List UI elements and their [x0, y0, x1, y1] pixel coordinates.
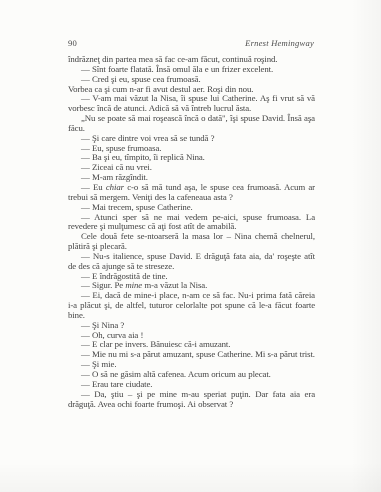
text-segment: — Mai trecem, spuse Catherine.	[81, 202, 193, 212]
paragraph: — Da, ştiu – şi pe mine m-au speriat puţ…	[68, 390, 315, 410]
page-number: 90	[68, 38, 77, 48]
text-segment: — Erau tare ciudate.	[81, 379, 152, 389]
text-segment: — Da, ştiu – şi pe mine m-au speriat puţ…	[68, 389, 315, 409]
text-segment: — Ei, dacă de mine-i place, n-am ce să f…	[68, 290, 315, 320]
text-segment: — M-am răzgîndit.	[81, 172, 148, 182]
text-segment: m-a văzut la Nisa.	[142, 280, 207, 290]
running-head: Ernest Hemingway	[245, 38, 314, 48]
text-segment: — Ba şi eu, tîmpito, îi replică Nina.	[81, 152, 205, 162]
paragraph: — Nu-s italience, spuse David. E drăguţă…	[68, 252, 315, 272]
text-segment: — Şi Nina ?	[81, 320, 124, 330]
text-segment: — Şi care dintre voi vrea să se tundă ?	[81, 133, 214, 143]
text-segment: — E clar pe invers. Bănuiesc că-i amuzan…	[81, 339, 230, 349]
paragraph: „Nu se poate să mai roşească încă o dată…	[68, 114, 315, 134]
text-segment: îndrăzneţ din partea mea să fac ce-am fă…	[68, 54, 277, 64]
text-block: îndrăzneţ din partea mea să fac ce-am fă…	[68, 55, 315, 409]
text-segment: — E îndrăgostită de tine.	[81, 271, 168, 281]
text-segment: — Eu, spuse frumoasa.	[81, 143, 161, 153]
text-segment: — Sigur. Pe	[81, 280, 125, 290]
page-header: 90 Ernest Hemingway	[68, 38, 314, 48]
text-segment: — Oh, curva aia !	[81, 330, 143, 340]
text-segment: — Sînt foarte flatată. Însă omul ăla e u…	[81, 64, 273, 74]
text-segment: Vorbea ca şi cum n-ar fi avut destul aer…	[68, 84, 253, 94]
paragraph: — Eu chiar c-o să mă tund aşa, le spuse …	[68, 183, 315, 203]
text-segment: — Şi mie.	[81, 359, 116, 369]
text-segment: — V-am mai văzut la Nisa, îi spuse lui C…	[68, 93, 315, 113]
text-segment: chiar	[106, 182, 124, 192]
text-segment: „Nu se poate să mai roşească încă o dată…	[68, 113, 315, 133]
text-segment: — Eu	[81, 182, 106, 192]
paragraph: — V-am mai văzut la Nisa, îi spuse lui C…	[68, 94, 315, 114]
text-segment: — Mie nu mi s-a părut amuzant, spuse Cat…	[81, 349, 315, 359]
text-segment: — Nu-s italience, spuse David. E drăguţă…	[68, 251, 315, 271]
text-segment: — O să ne găsim altă cafenea. Acum oricu…	[81, 369, 271, 379]
paragraph: — Atunci sper să ne mai vedem pe-aici, s…	[68, 213, 315, 233]
text-segment: — Ziceai că nu vrei.	[81, 162, 152, 172]
text-segment: Cele două fete se-ntoarseră la masa lor …	[68, 231, 315, 251]
text-segment: — Atunci sper să ne mai vedem pe-aici, s…	[68, 212, 315, 232]
text-segment: — Cred şi eu, spuse cea frumoasă.	[81, 74, 201, 84]
book-page: 90 Ernest Hemingway îndrăzneţ din partea…	[0, 0, 381, 492]
paragraph: — Ei, dacă de mine-i place, n-am ce să f…	[68, 291, 315, 321]
paragraph: Cele două fete se-ntoarseră la masa lor …	[68, 232, 315, 252]
text-segment: mine	[125, 280, 142, 290]
